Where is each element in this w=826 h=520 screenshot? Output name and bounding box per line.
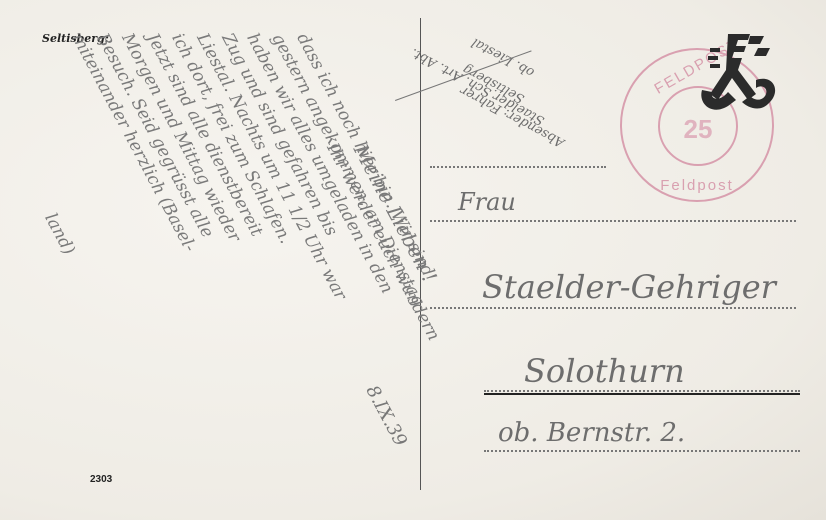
address-dotted-line — [430, 220, 796, 222]
postmark-bottom-text: Feldpost — [622, 177, 772, 194]
postcard-back: Seltisberg: 2303 Meine Lieben ! Ihr werd… — [0, 0, 826, 520]
address-dotted-line — [484, 450, 800, 452]
address-underline — [484, 393, 800, 395]
address-dotted-line — [430, 166, 606, 168]
address-salutation: Frau — [458, 188, 516, 216]
address-name: Staelder-Gehriger — [482, 268, 776, 306]
military-emblem-icon — [698, 30, 778, 116]
address-city: Solothurn — [524, 352, 685, 390]
postmark-number: 25 — [660, 114, 736, 145]
address-dotted-line — [430, 307, 796, 309]
handwritten-message: Meine Lieben ! Ihr werdet euch wundern d… — [40, 60, 400, 480]
address-street: ob. Bernstr. 2. — [498, 418, 685, 448]
address-dotted-line — [484, 390, 800, 392]
message-line: land) — [40, 210, 78, 258]
